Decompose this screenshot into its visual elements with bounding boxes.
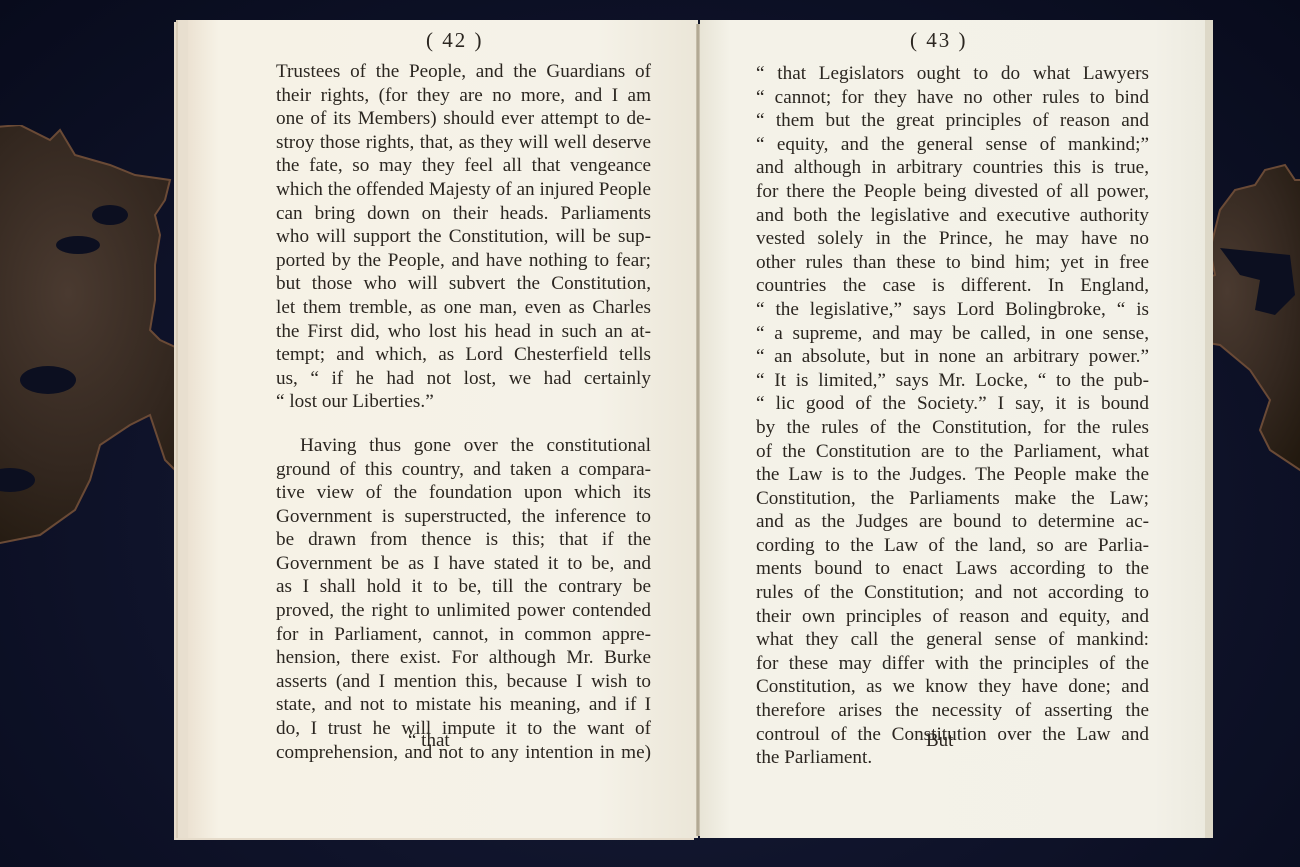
text-line: let them tremble, as one man, even as Ch…	[276, 296, 651, 320]
text-line: “ an absolute, but in none an arbitrary …	[756, 345, 1149, 369]
text-line: tempt; and which, as Lord Chesterfield t…	[276, 343, 651, 367]
text-line: us, “ if he had not lost, we had certain…	[276, 367, 651, 391]
text-line: the Law is to the Judges. The People mak…	[756, 463, 1149, 487]
text-line: ground of this country, and taken a comp…	[276, 458, 651, 482]
text-line: their rights, (for they are no more, and…	[276, 84, 651, 108]
text-line: hension, there exist. For although Mr. B…	[276, 646, 651, 670]
text-line: Trustees of the People, and the Guardian…	[276, 60, 651, 84]
text-line: cording to the Law of the land, so are P…	[756, 534, 1149, 558]
text-line: for there the People being divested of a…	[756, 180, 1149, 204]
text-line: their own principles of reason and equit…	[756, 605, 1149, 629]
text-line: other rules than these to bind him; yet …	[756, 251, 1149, 275]
text-line: “ lic good of the Society.” I say, it is…	[756, 392, 1149, 416]
text-line: and although in arbitrary countries this…	[756, 156, 1149, 180]
text-line: “ It is limited,” says Mr. Locke, “ to t…	[756, 369, 1149, 393]
text-line: Constitution, the Parliaments make the L…	[756, 487, 1149, 511]
text-line: as I shall hold it to be, till the contr…	[276, 575, 651, 599]
text-line: which the offended Majesty of an injured…	[276, 178, 651, 202]
text-line: “ cannot; for they have no other rules t…	[756, 86, 1149, 110]
text-line: vested solely in the Prince, he may have…	[756, 227, 1149, 251]
text-line: ported by the People, and have nothing t…	[276, 249, 651, 273]
open-book: ( 42 ) Trustees of the People, and the G…	[178, 20, 1213, 840]
text-line: who will support the Constitution, will …	[276, 225, 651, 249]
text-line: “ lost our Liberties.”	[276, 390, 651, 414]
text-line: “ the legislative,” says Lord Bolingbrok…	[756, 298, 1149, 322]
text-line: can bring down on their heads. Parliamen…	[276, 202, 651, 226]
text-line: state, and not to mistate his meaning, a…	[276, 693, 651, 717]
page-42: ( 42 ) Trustees of the People, and the G…	[178, 20, 698, 838]
text-line: comprehension, and not to any intention …	[276, 741, 651, 765]
text-line: what they call the general sense of mank…	[756, 628, 1149, 652]
text-line: by the rules of the Constitution, for th…	[756, 416, 1149, 440]
text-line: asserts (and I mention this, because I w…	[276, 670, 651, 694]
text-line: for in Parliament, cannot, in common app…	[276, 623, 651, 647]
text-line: for these may differ with the principles…	[756, 652, 1149, 676]
text-line: countries the case is different. In Engl…	[756, 274, 1149, 298]
text-line: the First did, who lost his head in such…	[276, 320, 651, 344]
page-number: ( 43 )	[910, 28, 968, 53]
paragraph-gap	[276, 414, 651, 434]
text-line: “ equity, and the general sense of manki…	[756, 133, 1149, 157]
page-43: ( 43 ) “ that Legislators ought to do wh…	[700, 20, 1213, 838]
text-line: and as the Judges are bound to determine…	[756, 510, 1149, 534]
text-line: stroy those rights, that, as they will w…	[276, 131, 651, 155]
text-line: one of its Members) should ever attempt …	[276, 107, 651, 131]
text-line: ments bound to enact Laws according to t…	[756, 557, 1149, 581]
text-line: and both the legislative and executive a…	[756, 204, 1149, 228]
text-line: Having thus gone over the constitutional	[276, 434, 651, 458]
page-number: ( 42 )	[426, 28, 484, 53]
text-line: but those who will subvert the Constitut…	[276, 272, 651, 296]
text-line: rules of the Constitution; and not accor…	[756, 581, 1149, 605]
text-line: “ them but the great principles of reaso…	[756, 109, 1149, 133]
text-line: do, I trust he will impute it to the wan…	[276, 717, 651, 741]
text-line: Constitution, as we know they have done;…	[756, 675, 1149, 699]
text-line: be drawn from thence is this; that if th…	[276, 528, 651, 552]
catchword-right: But	[926, 730, 953, 752]
text-line: tive view of the foundation upon which i…	[276, 481, 651, 505]
page-42-text: Trustees of the People, and the Guardian…	[276, 60, 651, 764]
text-line: “ that Legislators ought to do what Lawy…	[756, 62, 1149, 86]
page-43-text: “ that Legislators ought to do what Lawy…	[756, 62, 1149, 770]
catchword-left: “ that	[408, 730, 450, 752]
text-line: Government is superstructed, the inferen…	[276, 505, 651, 529]
text-line: of the Constitution are to the Parliamen…	[756, 440, 1149, 464]
text-line: Government be as I have stated it to be,…	[276, 552, 651, 576]
text-line: proved, the right to unlimited power con…	[276, 599, 651, 623]
text-line: therefore arises the necessity of assert…	[756, 699, 1149, 723]
text-line: the fate, so may they feel all that veng…	[276, 154, 651, 178]
text-line: “ a supreme, and may be called, in one s…	[756, 322, 1149, 346]
